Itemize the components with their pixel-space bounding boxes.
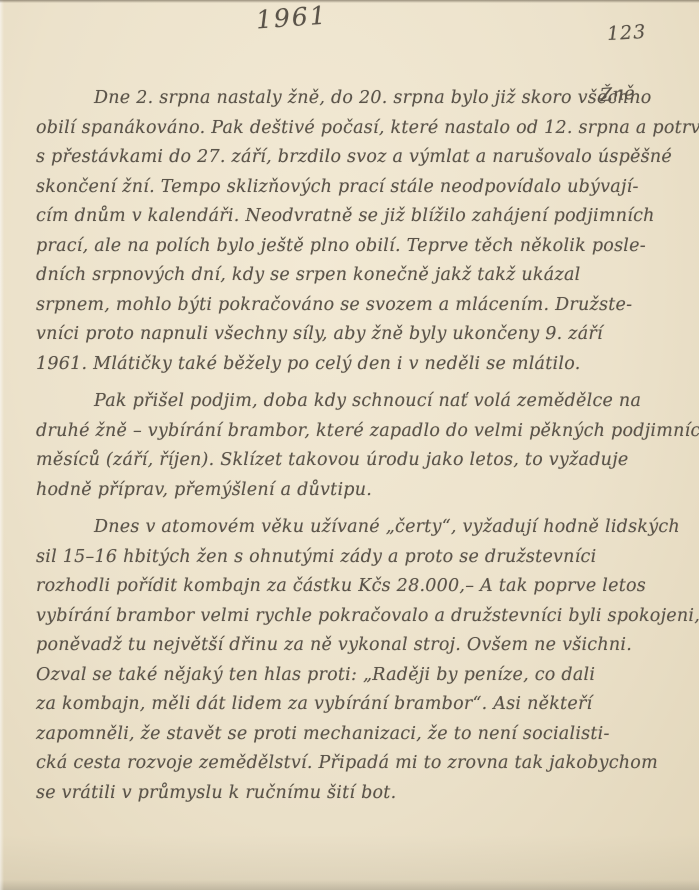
handwritten-line: hodně příprav, přemýšlení a důvtipu. (36, 480, 664, 510)
handwritten-line: rozhodli pořídit kombajn za částku Kčs 2… (36, 576, 664, 606)
handwritten-line: srpnem, mohlo býti pokračováno se svozem… (36, 295, 664, 325)
year-heading: 1961 (255, 1, 328, 35)
handwritten-line: 1961. Mlátičky také běžely po celý den i… (36, 354, 664, 384)
handwritten-line: vníci proto napnuli všechny síly, aby žn… (36, 324, 664, 354)
handwritten-text-block: Dne 2. srpna nastaly žně, do 20. srpna b… (36, 88, 664, 812)
paragraph-harvest: Dne 2. srpna nastaly žně, do 20. srpna b… (36, 88, 664, 383)
manuscript-page: 1961 123 Žně Dne 2. srpna nastaly žně, d… (0, 0, 699, 890)
handwritten-line: dních srpnových dní, kdy se srpen konečn… (36, 265, 664, 295)
handwritten-line: Dne 2. srpna nastaly žně, do 20. srpna b… (36, 88, 664, 118)
handwritten-line: Dnes v atomovém věku užívané „čerty“, vy… (36, 517, 664, 547)
handwritten-line: prací, ale na polích bylo ještě plno obi… (36, 236, 664, 266)
handwritten-line: s přestávkami do 27. září, brzdilo svoz … (36, 147, 664, 177)
handwritten-line: zapomněli, že stavět se proti mechanizac… (36, 724, 664, 754)
paragraph-potato-harvest: Pak přišel podjim, doba kdy schnoucí nať… (36, 391, 664, 509)
handwritten-line: sil 15–16 hbitých žen s ohnutými zády a … (36, 547, 664, 577)
handwritten-line: se vrátili v průmyslu k ručnímu šití bot… (36, 783, 664, 813)
handwritten-line: Pak přišel podjim, doba kdy schnoucí nať… (36, 391, 664, 421)
handwritten-line: Ozval se také nějaký ten hlas proti: „Ra… (36, 665, 664, 695)
handwritten-line: poněvadž tu největší dřinu za ně vykonal… (36, 635, 664, 665)
paragraph-combine-harvester: Dnes v atomovém věku užívané „čerty“, vy… (36, 517, 664, 812)
handwritten-line: měsíců (září, říjen). Sklízet takovou úr… (36, 450, 664, 480)
handwritten-line: obilí spanákováno. Pak deštivé počasí, k… (36, 118, 664, 148)
handwritten-line: skončení žní. Tempo sklizňových prací st… (36, 177, 664, 207)
handwritten-line: druhé žně – vybírání brambor, které zapa… (36, 421, 664, 451)
handwritten-line: vybírání brambor velmi rychle pokračoval… (36, 606, 664, 636)
handwritten-line: cká cesta rozvoje zemědělství. Připadá m… (36, 753, 664, 783)
handwritten-line: za kombajn, měli dát lidem za vybírání b… (36, 694, 664, 724)
handwritten-line: cím dnům v kalendáři. Neodvratně se již … (36, 206, 664, 236)
page-number: 123 (606, 21, 646, 45)
